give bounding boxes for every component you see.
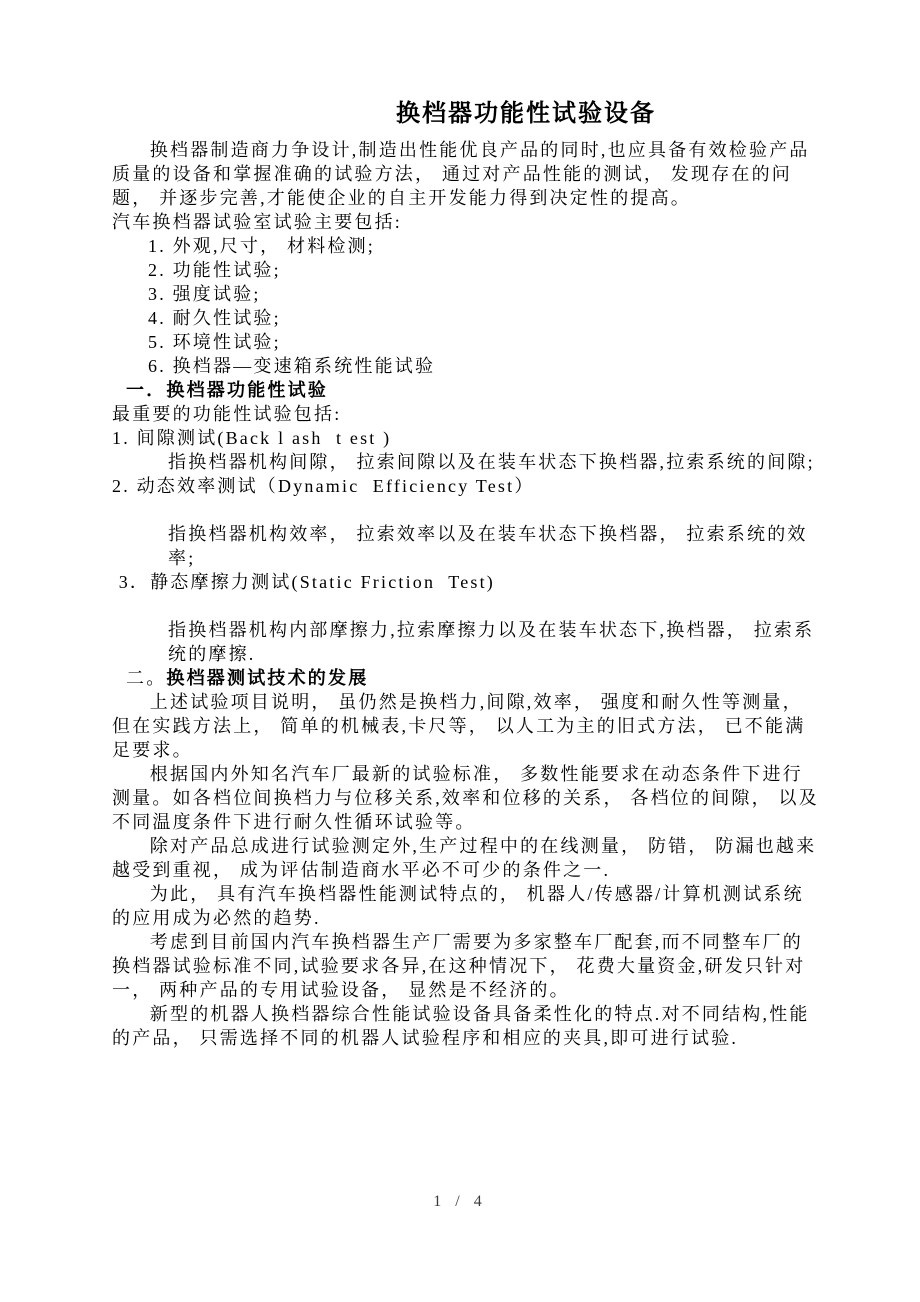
blank-line <box>112 594 820 618</box>
section2-heading-prefix: 二。 <box>126 668 166 688</box>
lab-test-item: 6. 换档器—变速箱系统性能试验 <box>148 354 820 378</box>
document-body: 换档器功能性试验设备 换档器制造商力争设计,制造出性能优良产品的同时,也应具备有… <box>112 98 820 1050</box>
test-item-label: 3．静态摩擦力测试(Static Friction Test) <box>112 570 820 594</box>
body-paragraph: 为此， 具有汽车换档器性能测试特点的， 机器人/传感器/计算机测试系统的应用成为… <box>112 882 820 930</box>
test-item-desc: 指换档器机构间隙， 拉索间隙以及在装车状态下换档器,拉索系统的间隙; <box>168 450 820 474</box>
lab-test-item: 1. 外观,尺寸， 材料检测; <box>148 234 820 258</box>
lab-test-item: 4. 耐久性试验; <box>148 306 820 330</box>
test-item-desc: 指换档器机构效率， 拉索效率以及在装车状态下换档器， 拉索系统的效率; <box>168 522 820 570</box>
body-paragraph: 上述试验项目说明， 虽仍然是换档力,间隙,效率， 强度和耐久性等测量，但在实践方… <box>112 690 820 762</box>
body-paragraph: 新型的机器人换档器综合性能试验设备具备柔性化的特点.对不同结构,性能的产品， 只… <box>112 1002 820 1050</box>
functional-tests-list: 1. 间隙测试(Back l ash t est ) 指换档器机构间隙， 拉索间… <box>112 426 820 666</box>
section1-intro: 最重要的功能性试验包括: <box>112 402 820 426</box>
intro-paragraph: 换档器制造商力争设计,制造出性能优良产品的同时,也应具备有效检验产品质量的设备和… <box>112 138 820 210</box>
blank-line <box>112 498 820 522</box>
section1-heading: 一．换档器功能性试验 <box>126 378 820 402</box>
document-title: 换档器功能性试验设备 <box>112 98 820 130</box>
document-page: 换档器功能性试验设备 换档器制造商力争设计,制造出性能优良产品的同时,也应具备有… <box>0 0 920 1302</box>
lab-test-item: 3. 强度试验; <box>148 282 820 306</box>
section2-heading: 二。换档器测试技术的发展 <box>126 666 820 690</box>
section2-heading-text: 换档器测试技术的发展 <box>166 668 368 688</box>
body-paragraph: 除对产品总成进行试验测定外,生产过程中的在线测量， 防错， 防漏也越来越受到重视… <box>112 834 820 882</box>
body-paragraph: 根据国内外知名汽车厂最新的试验标准， 多数性能要求在动态条件下进行测量。如各档位… <box>112 762 820 834</box>
lab-test-item: 5. 环境性试验; <box>148 330 820 354</box>
lab-tests-list: 1. 外观,尺寸， 材料检测; 2. 功能性试验; 3. 强度试验; 4. 耐久… <box>112 234 820 378</box>
test-item-desc: 指换档器机构内部摩擦力,拉索摩擦力以及在装车状态下,换档器， 拉索系统的摩擦. <box>168 618 820 666</box>
page-number: 1 / 4 <box>0 1190 920 1214</box>
test-item-label: 1. 间隙测试(Back l ash t est ) <box>112 426 820 450</box>
body-paragraph: 考虑到目前国内汽车换档器生产厂需要为多家整车厂配套,而不同整车厂的换档器试验标准… <box>112 930 820 1002</box>
test-item-label: 2. 动态效率测试（Dynamic Efficiency Test） <box>112 474 820 498</box>
lab-tests-intro: 汽车换档器试验室试验主要包括: <box>112 210 820 234</box>
lab-test-item: 2. 功能性试验; <box>148 258 820 282</box>
